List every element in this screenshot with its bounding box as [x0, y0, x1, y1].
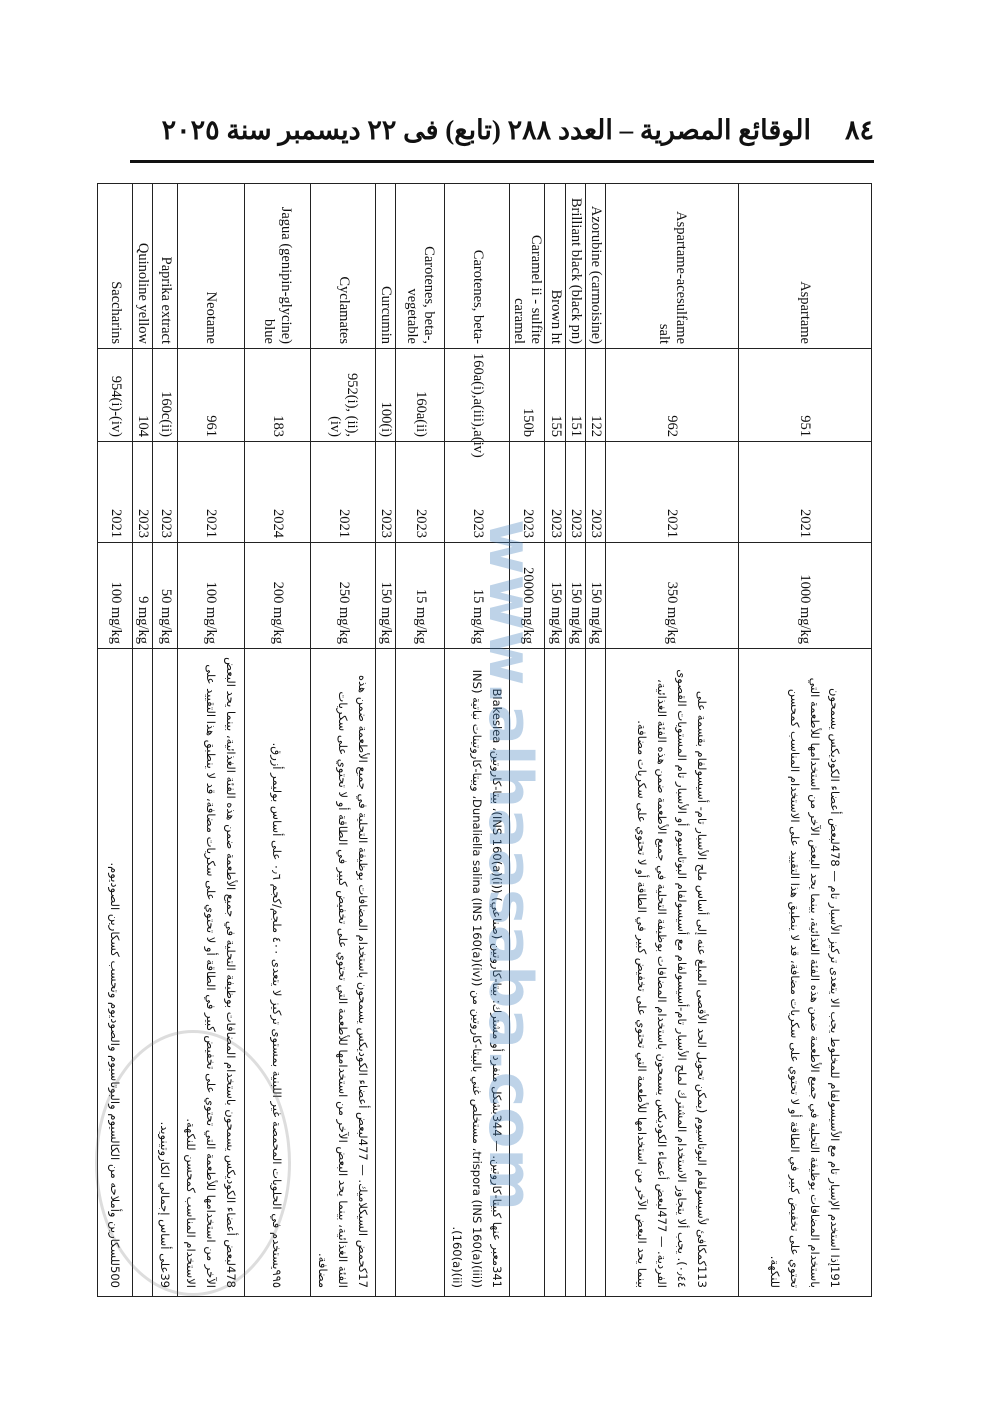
year-cell: 2023 — [510, 442, 545, 543]
table-row: Carotenes, beta-, vegetable160a(ii)20231… — [396, 184, 445, 1297]
max-level-cell: 150 mg/kg — [585, 543, 605, 649]
max-level-cell: 50 mg/kg — [153, 543, 178, 649]
notes-cell — [376, 649, 396, 1297]
year-cell: 2023 — [585, 442, 605, 543]
additive-name-cell: Carotenes, beta- — [445, 184, 510, 349]
table-row: Brown ht1552023150 mg/kg — [545, 184, 565, 1297]
notes-cell — [585, 649, 605, 1297]
max-level-cell: 200 mg/kg — [244, 543, 311, 649]
ins-number-cell: 951 — [739, 349, 872, 442]
year-cell: 2021 — [739, 442, 872, 543]
notes-cell — [565, 649, 585, 1297]
ins-number-cell: 160a(ii) — [396, 349, 445, 442]
notes-cell: 17كحمض السيكلاميك. — 477لبعض أعضاء الكود… — [311, 649, 376, 1297]
additive-name-cell: Saccharins — [98, 184, 133, 349]
ins-number-cell: 962 — [606, 349, 739, 442]
ins-number-cell: 961 — [178, 349, 245, 442]
table-row: Curcumin100(i)2023150 mg/kg — [376, 184, 396, 1297]
max-level-cell: 350 mg/kg — [606, 543, 739, 649]
additive-name-cell: Brown ht — [545, 184, 565, 349]
year-cell: 2021 — [311, 442, 376, 543]
max-level-cell: 15 mg/kg — [396, 543, 445, 649]
additive-name-cell: Carotenes, beta-, vegetable — [396, 184, 445, 349]
max-level-cell: 1000 mg/kg — [739, 543, 872, 649]
max-level-cell: 100 mg/kg — [178, 543, 245, 649]
max-level-cell: 9 mg/kg — [132, 543, 152, 649]
year-cell: 2023 — [153, 442, 178, 543]
table-row: Quinoline yellow10420239 mg/kg — [132, 184, 152, 1297]
table-row: Aspartame-acesulfame salt9622021350 mg/k… — [606, 184, 739, 1297]
notes-cell — [545, 649, 565, 1297]
ins-number-cell: 155 — [545, 349, 565, 442]
year-cell: 2021 — [606, 442, 739, 543]
max-level-cell: 150 mg/kg — [545, 543, 565, 649]
max-level-cell: 15 mg/kg — [445, 543, 510, 649]
rotated-table-container: Aspartame95120211000 mg/kg191إذا استخدم … — [132, 183, 872, 1297]
ins-number-cell: 104 — [132, 349, 152, 442]
table-row: Carotenes, beta-160a(i),a(iii),a(iv)2023… — [445, 184, 510, 1297]
additive-name-cell: Brilliant black (black pn) — [565, 184, 585, 349]
table-row: Aspartame95120211000 mg/kg191إذا استخدم … — [739, 184, 872, 1297]
max-level-cell: 150 mg/kg — [376, 543, 396, 649]
page-title: الوقائع المصرية – العدد ٢٨٨ (تابع) فى ٢٢… — [162, 115, 811, 146]
table-row: Cyclamates952(i), (ii), (iv)2021250 mg/k… — [311, 184, 376, 1297]
additive-name-cell: Azorubine (carmoisine) — [585, 184, 605, 349]
additive-name-cell: Quinoline yellow — [132, 184, 152, 349]
notes-cell: 341معبر عنها كبيتا-كاروتين. — 344بشكل من… — [445, 649, 510, 1297]
additives-table-rotated: Aspartame95120211000 mg/kg191إذا استخدم … — [132, 183, 872, 1297]
ins-number-cell: 954(i)-(iv) — [98, 349, 133, 442]
year-cell: 2023 — [565, 442, 585, 543]
ins-number-cell: 160c(ii) — [153, 349, 178, 442]
max-level-cell: 100 mg/kg — [98, 543, 133, 649]
page-header: ٨٤ الوقائع المصرية – العدد ٢٨٨ (تابع) فى… — [130, 108, 874, 152]
notes-cell: 191إذا استخدم الإسبار تام مع الأسيسولفام… — [739, 649, 872, 1297]
notes-cell — [510, 649, 545, 1297]
max-level-cell: 250 mg/kg — [311, 543, 376, 649]
notes-cell: 478لبعض أعضاء الكوديكس يسمحون باستخدام ا… — [178, 649, 245, 1297]
ins-number-cell: 150b — [510, 349, 545, 442]
year-cell: 2023 — [376, 442, 396, 543]
additive-name-cell: Caramel ii - sulfite caramel — [510, 184, 545, 349]
table-row: Paprika extract160c(ii)202350 mg/kg39على… — [153, 184, 178, 1297]
additive-name-cell: Aspartame-acesulfame salt — [606, 184, 739, 349]
max-level-cell: 150 mg/kg — [565, 543, 585, 649]
notes-cell: 113كمكافئ لأسيسولفام البوتاسيوم (يمكن تح… — [606, 649, 739, 1297]
notes-cell — [132, 649, 152, 1297]
additive-name-cell: Neotame — [178, 184, 245, 349]
header-divider — [130, 160, 874, 163]
table-row: Saccharins954(i)-(iv)2021100 mg/kg500للس… — [98, 184, 133, 1297]
table-row: Neotame9612021100 mg/kg478لبعض أعضاء الك… — [178, 184, 245, 1297]
additive-name-cell: Curcumin — [376, 184, 396, 349]
notes-cell: 39على أساس إجمالي الكاروتينويد. — [153, 649, 178, 1297]
ins-number-cell: 160a(i),a(iii),a(iv) — [445, 349, 510, 442]
ins-number-cell: 122 — [585, 349, 605, 442]
year-cell: 2024 — [244, 442, 311, 543]
ins-number-cell: 183 — [244, 349, 311, 442]
year-cell: 2023 — [545, 442, 565, 543]
table-row: Caramel ii - sulfite caramel150b20232000… — [510, 184, 545, 1297]
additive-name-cell: Aspartame — [739, 184, 872, 349]
notes-cell: ٩٩٥يستخدم في الحلويات المحمصة غير اللبني… — [244, 649, 311, 1297]
year-cell: 2021 — [98, 442, 133, 543]
notes-cell: 500للسكارين وأملاحه من الكالسيوم والبوتا… — [98, 649, 133, 1297]
notes-cell — [396, 649, 445, 1297]
table-row: Azorubine (carmoisine)1222023150 mg/kg — [585, 184, 605, 1297]
additive-name-cell: Jagua (genipin-glycine) blue — [244, 184, 311, 349]
year-cell: 2023 — [132, 442, 152, 543]
additive-name-cell: Cyclamates — [311, 184, 376, 349]
ins-number-cell: 100(i) — [376, 349, 396, 442]
year-cell: 2021 — [178, 442, 245, 543]
additive-name-cell: Paprika extract — [153, 184, 178, 349]
ins-number-cell: 151 — [565, 349, 585, 442]
table-row: Brilliant black (black pn)1512023150 mg/… — [565, 184, 585, 1297]
table-row: Jagua (genipin-glycine) blue1832024200 m… — [244, 184, 311, 1297]
page-number: ٨٤ — [845, 115, 874, 146]
max-level-cell: 20000 mg/kg — [510, 543, 545, 649]
additives-table: Aspartame95120211000 mg/kg191إذا استخدم … — [97, 183, 872, 1297]
ins-number-cell: 952(i), (ii), (iv) — [311, 349, 376, 442]
year-cell: 2023 — [396, 442, 445, 543]
